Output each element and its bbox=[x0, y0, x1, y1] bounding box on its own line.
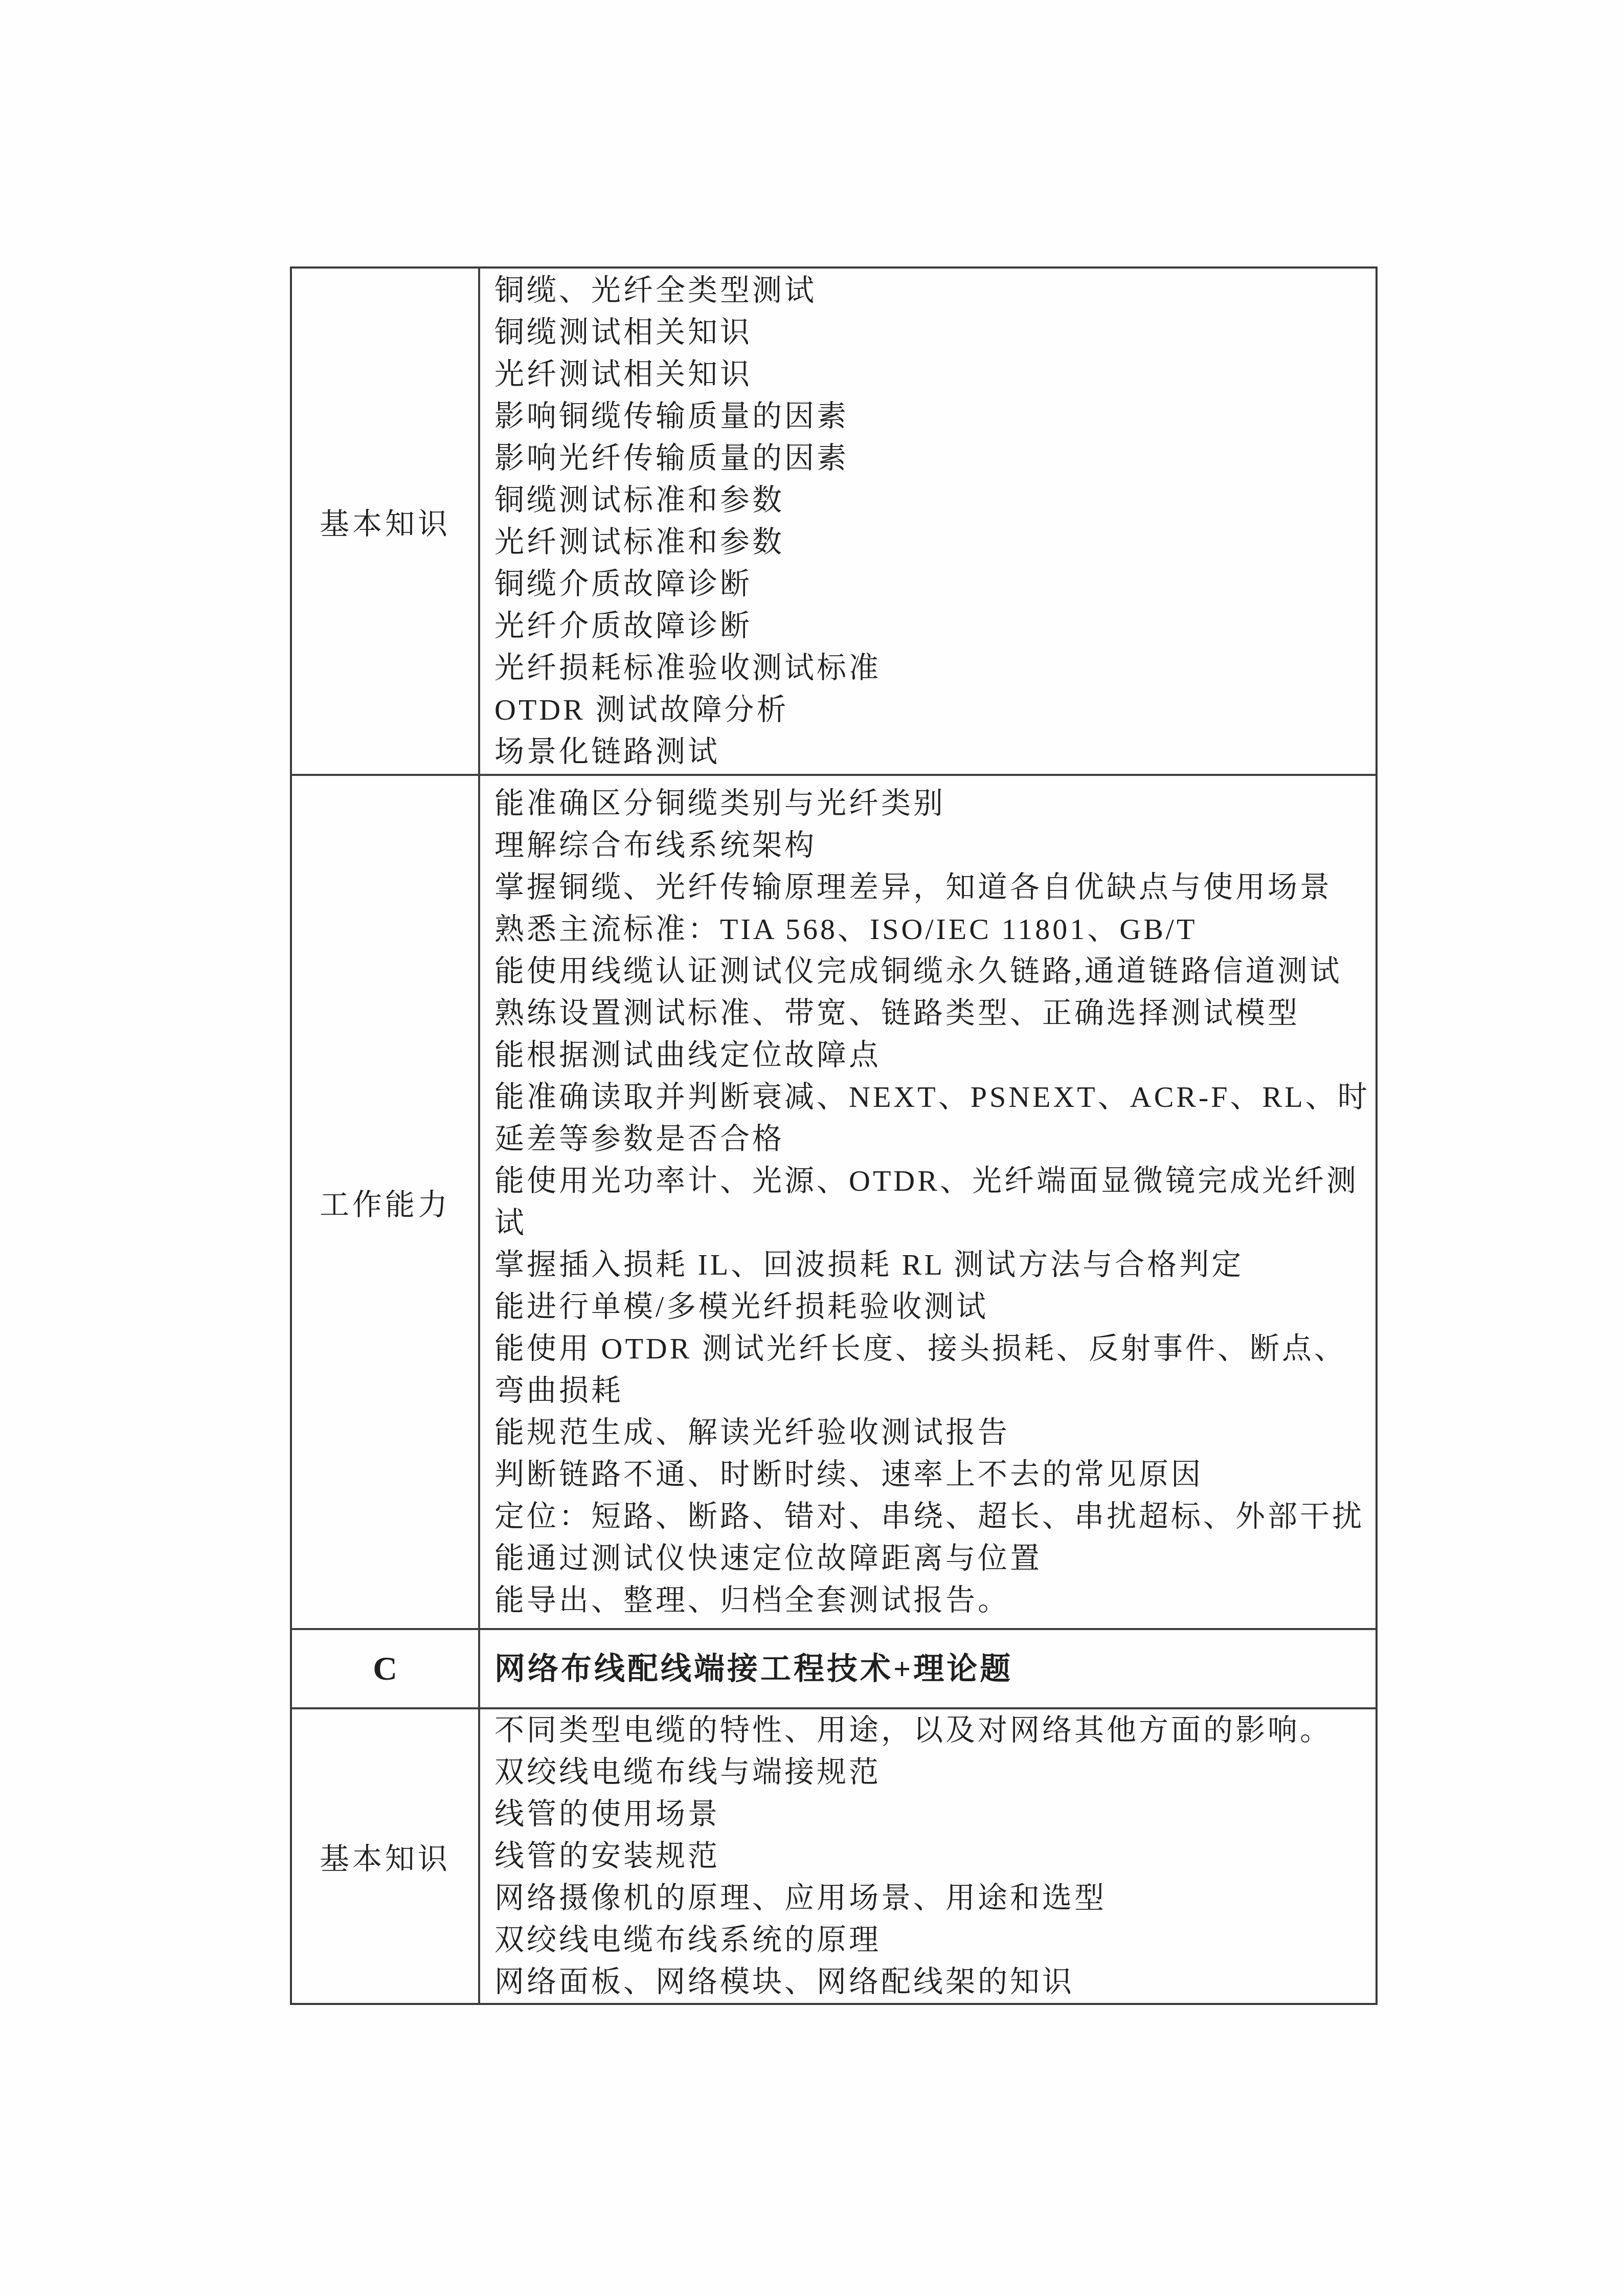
text-line: 掌握铜缆、光纤传输原理差异，知道各自优缺点与使用场景 bbox=[494, 866, 1367, 908]
table-row-section-c: C 网络布线配线端接工程技术+理论题 bbox=[292, 1628, 1376, 1707]
row-header-cell: 基本知识 bbox=[292, 269, 480, 774]
text-line: 熟练设置测试标准、带宽、链路类型、正确选择测试模型 bbox=[494, 992, 1367, 1034]
text-line: 试 bbox=[494, 1202, 1367, 1244]
text-line: 光纤介质故障诊断 bbox=[494, 605, 1367, 647]
text-line: 网络面板、网络模块、网络配线架的知识 bbox=[494, 1961, 1367, 2003]
text-line: 能准确读取并判断衰减、NEXT、PSNEXT、ACR-F、RL、时 bbox=[494, 1076, 1367, 1118]
text-line: 影响光纤传输质量的因素 bbox=[494, 437, 1367, 479]
row-header-cell: 工作能力 bbox=[292, 776, 480, 1629]
text-line: 双绞线电缆布线与端接规范 bbox=[494, 1751, 1367, 1793]
text-line: 能通过测试仪快速定位故障距离与位置 bbox=[494, 1537, 1367, 1579]
section-letter: C bbox=[373, 1649, 397, 1688]
text-line: 光纤测试标准和参数 bbox=[494, 521, 1367, 563]
row-header-label: 基本知识 bbox=[320, 1835, 450, 1878]
row-content-cell: 不同类型电缆的特性、用途，以及对网络其他方面的影响。双绞线电缆布线与端接规范线管… bbox=[480, 1709, 1376, 2003]
text-line: 光纤测试相关知识 bbox=[494, 353, 1367, 395]
text-line: 能根据测试曲线定位故障点 bbox=[494, 1034, 1367, 1076]
row-header-label: 基本知识 bbox=[320, 500, 450, 543]
text-line: 网络摄像机的原理、应用场景、用途和选型 bbox=[494, 1877, 1367, 1919]
table-row-basic-knowledge-1: 基本知识 铜缆、光纤全类型测试铜缆测试相关知识光纤测试相关知识影响铜缆传输质量的… bbox=[292, 269, 1376, 774]
row-header-label: 工作能力 bbox=[320, 1180, 450, 1223]
text-line: 网络布线配线端接工程技术+理论题 bbox=[494, 1648, 1367, 1690]
text-line: 能准确区分铜缆类别与光纤类别 bbox=[494, 783, 1367, 824]
text-line: 掌握插入损耗 IL、回波损耗 RL 测试方法与合格判定 bbox=[494, 1244, 1367, 1286]
text-line: 理解综合布线系统架构 bbox=[494, 824, 1367, 866]
text-line: 影响铜缆传输质量的因素 bbox=[494, 395, 1367, 437]
row-header-cell: C bbox=[292, 1630, 480, 1707]
skills-table: 基本知识 铜缆、光纤全类型测试铜缆测试相关知识光纤测试相关知识影响铜缆传输质量的… bbox=[290, 266, 1378, 2005]
text-line: OTDR 测试故障分析 bbox=[494, 689, 1367, 731]
table-row-work-ability: 工作能力 能准确区分铜缆类别与光纤类别理解综合布线系统架构掌握铜缆、光纤传输原理… bbox=[292, 774, 1376, 1629]
text-line: 铜缆测试相关知识 bbox=[494, 311, 1367, 353]
row-content-cell: 能准确区分铜缆类别与光纤类别理解综合布线系统架构掌握铜缆、光纤传输原理差异，知道… bbox=[480, 776, 1376, 1629]
text-line: 能使用光功率计、光源、OTDR、光纤端面显微镜完成光纤测 bbox=[494, 1160, 1367, 1202]
text-line: 能使用 OTDR 测试光纤长度、接头损耗、反射事件、断点、 bbox=[494, 1328, 1367, 1370]
text-line: 不同类型电缆的特性、用途，以及对网络其他方面的影响。 bbox=[494, 1709, 1367, 1751]
text-line: 双绞线电缆布线系统的原理 bbox=[494, 1919, 1367, 1961]
text-line: 能使用线缆认证测试仪完成铜缆永久链路,通道链路信道测试 bbox=[494, 950, 1367, 992]
row-content-cell: 铜缆、光纤全类型测试铜缆测试相关知识光纤测试相关知识影响铜缆传输质量的因素影响光… bbox=[480, 269, 1376, 774]
text-line: 能进行单模/多模光纤损耗验收测试 bbox=[494, 1286, 1367, 1328]
text-line: 判断链路不通、时断时续、速率上不去的常见原因 bbox=[494, 1454, 1367, 1496]
text-line: 定位：短路、断路、错对、串绕、超长、串扰超标、外部干扰 bbox=[494, 1496, 1367, 1537]
text-line: 弯曲损耗 bbox=[494, 1370, 1367, 1412]
table-row-basic-knowledge-2: 基本知识 不同类型电缆的特性、用途，以及对网络其他方面的影响。双绞线电缆布线与端… bbox=[292, 1707, 1376, 2003]
text-line: 光纤损耗标准验收测试标准 bbox=[494, 647, 1367, 689]
text-line: 熟悉主流标准：TIA 568、ISO/IEC 11801、GB/T bbox=[494, 908, 1367, 950]
row-content-cell: 网络布线配线端接工程技术+理论题 bbox=[480, 1630, 1376, 1707]
text-line: 铜缆、光纤全类型测试 bbox=[494, 270, 1367, 311]
text-line: 能规范生成、解读光纤验收测试报告 bbox=[494, 1412, 1367, 1454]
text-line: 铜缆介质故障诊断 bbox=[494, 563, 1367, 605]
row-header-cell: 基本知识 bbox=[292, 1709, 480, 2003]
text-line: 线管的安装规范 bbox=[494, 1835, 1367, 1877]
text-line: 铜缆测试标准和参数 bbox=[494, 479, 1367, 521]
text-line: 延差等参数是否合格 bbox=[494, 1118, 1367, 1160]
text-line: 线管的使用场景 bbox=[494, 1793, 1367, 1835]
text-line: 能导出、整理、归档全套测试报告。 bbox=[494, 1579, 1367, 1621]
text-line: 场景化链路测试 bbox=[494, 731, 1367, 773]
